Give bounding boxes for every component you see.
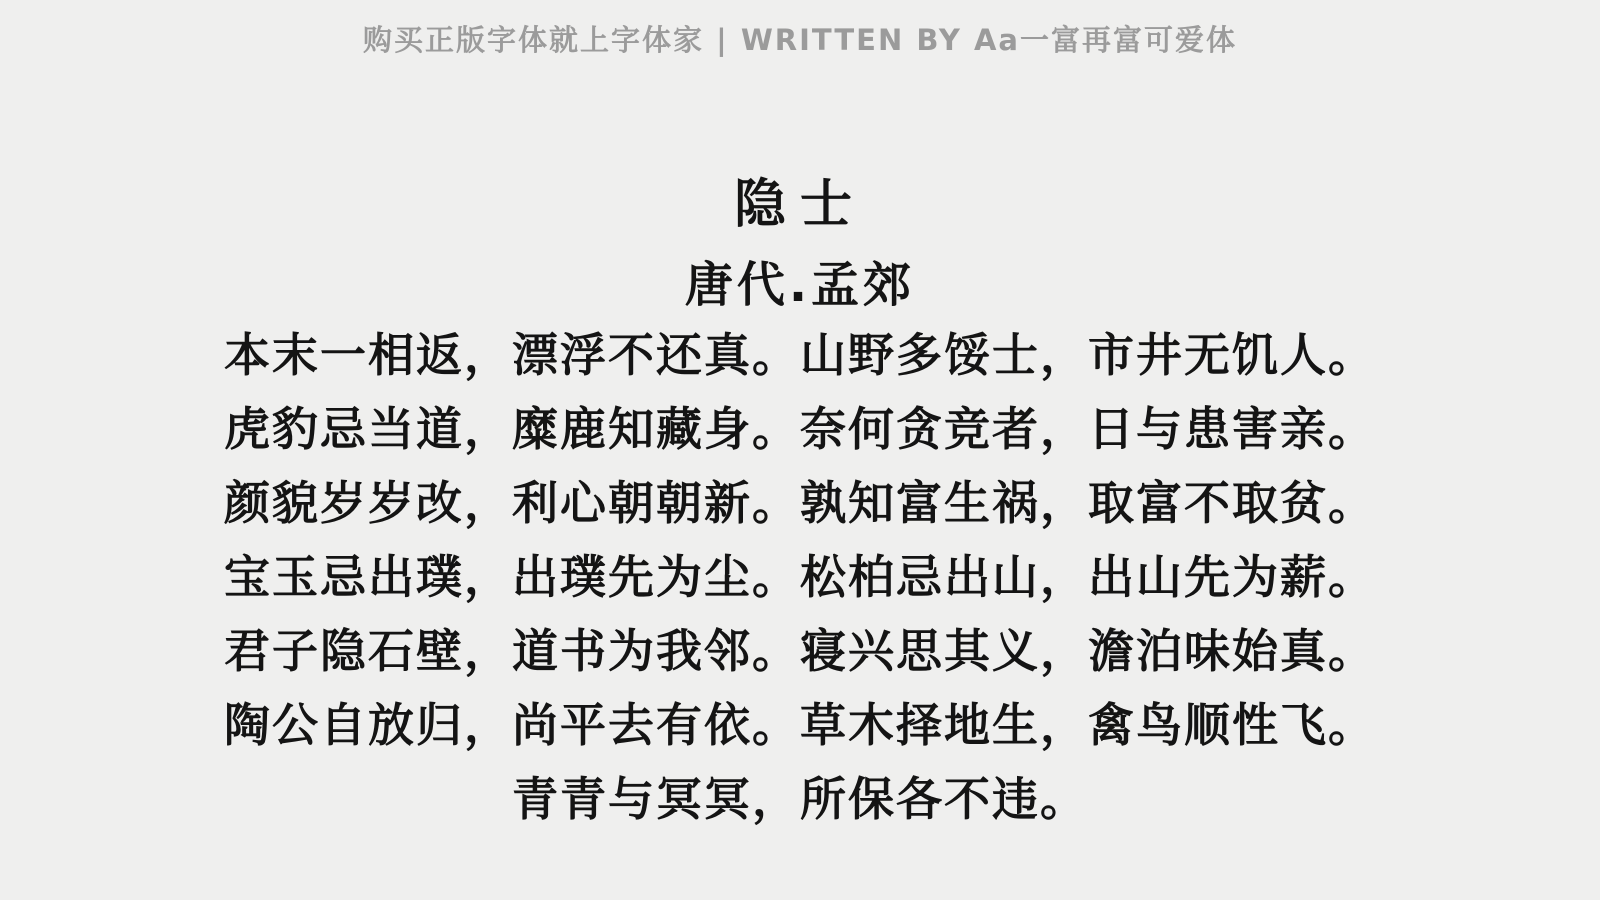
- poem-line: 陶公自放归，尚平去有依。草木择地生，禽鸟顺性飞。: [0, 688, 1600, 762]
- poem-line: 青青与冥冥，所保各不违。: [0, 762, 1600, 836]
- site-watermark: 购买正版字体就上字体家 | WRITTEN BY Aa一富再富可爱体: [0, 18, 1600, 59]
- poem-line: 本末一相返，漂浮不还真。山野多馁士，市井无饥人。: [0, 318, 1600, 392]
- poem-body: 本末一相返，漂浮不还真。山野多馁士，市井无饥人。 虎豹忌当道，糜鹿知藏身。奈何贪…: [0, 318, 1600, 836]
- poem-line: 颜貌岁岁改，利心朝朝新。孰知富生祸，取富不取贫。: [0, 466, 1600, 540]
- poem-line: 宝玉忌出璞，出璞先为尘。松柏忌出山，出山先为薪。: [0, 540, 1600, 614]
- poem-line: 虎豹忌当道，糜鹿知藏身。奈何贪竞者，日与患害亲。: [0, 392, 1600, 466]
- poem-title: 隐士: [0, 162, 1600, 237]
- poem-line: 君子隐石壁，道书为我邻。寝兴思其义，澹泊味始真。: [0, 614, 1600, 688]
- poem-author: 唐代.孟郊: [0, 246, 1600, 315]
